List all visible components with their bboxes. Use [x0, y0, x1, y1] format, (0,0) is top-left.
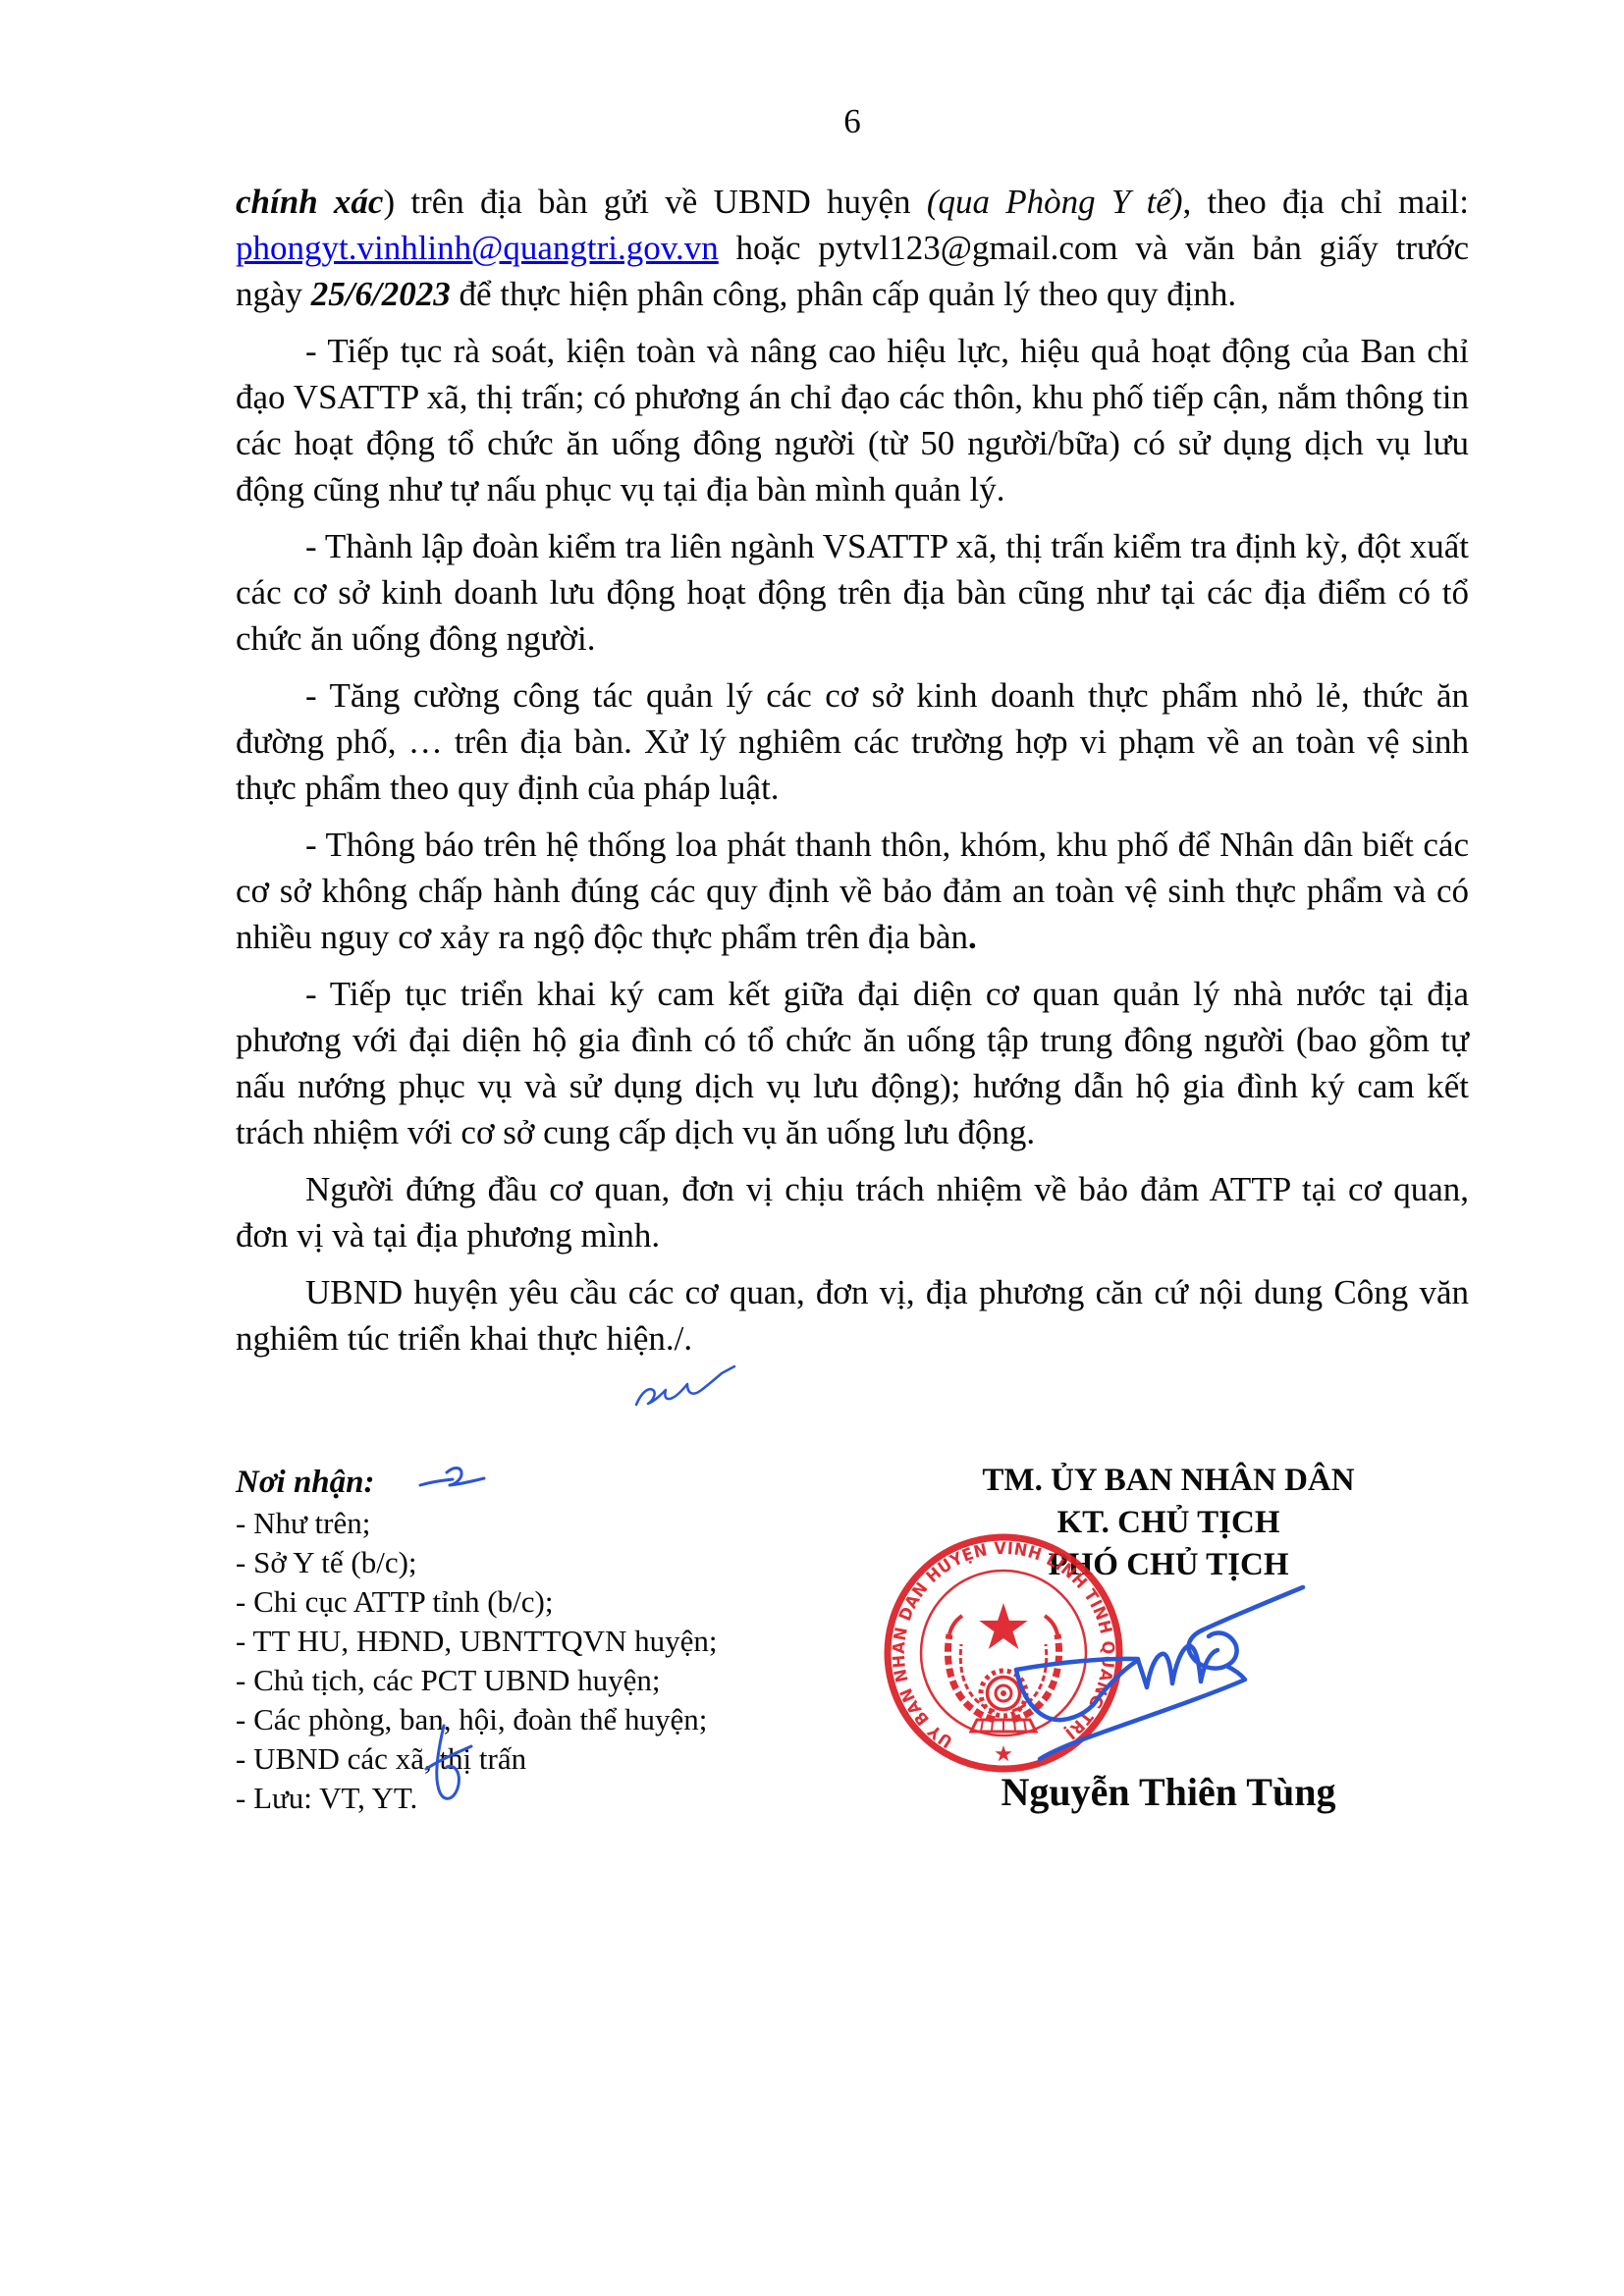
document-page: 6 chính xác) trên địa bàn gửi về UBND hu… — [0, 0, 1624, 2296]
signer-name: Nguyễn Thiên Tùng — [864, 1769, 1473, 1816]
text-run: 25/6/2023 — [311, 275, 451, 313]
email-link[interactable]: phongyt.vinhlinh@quangtri.gov.vn — [236, 229, 719, 267]
recipient-item: - Chủ tịch, các PCT UBND huyện; — [236, 1661, 785, 1700]
text-run: - Thành lập đoàn kiểm tra liên ngành VSA… — [236, 527, 1469, 658]
recipient-item: - Các phòng, ban, hội, đoàn thể huyện; — [236, 1700, 785, 1739]
paragraph: Người đứng đầu cơ quan, đơn vị chịu trác… — [236, 1166, 1469, 1258]
recipient-item: - Lưu: VT, YT. — [236, 1779, 785, 1818]
paragraph: - Thành lập đoàn kiểm tra liên ngành VSA… — [236, 523, 1469, 662]
text-run: UBND huyện yêu cầu các cơ quan, đơn vị, … — [236, 1273, 1469, 1358]
page-number: 6 — [236, 98, 1469, 144]
recipient-item: - Như trên; — [236, 1504, 785, 1543]
seal-outer-ring — [888, 1537, 1119, 1769]
authority-line: TM. ỦY BAN NHÂN DÂN — [864, 1460, 1473, 1502]
recipients-block: Nơi nhận: - Như trên;- Sở Y tế (b/c);- C… — [236, 1461, 785, 1818]
recipient-item: - Chi cục ATTP tỉnh (b/c); — [236, 1582, 785, 1622]
text-run: - Tăng cường công tác quản lý các cơ sở … — [236, 676, 1469, 807]
text-run: ) trên địa bàn gửi về UBND huyện — [383, 183, 926, 221]
text-run: để thực hiện phân công, phân cấp quản lý… — [451, 275, 1236, 313]
recipients-list: - Như trên;- Sở Y tế (b/c);- Chi cục ATT… — [236, 1504, 785, 1818]
recipient-item: - Sở Y tế (b/c); — [236, 1543, 785, 1582]
text-run: - Thông báo trên hệ thống loa phát thanh… — [236, 826, 1469, 956]
paragraph: - Tiếp tục rà soát, kiện toàn và nâng ca… — [236, 328, 1469, 512]
text-run: - Tiếp tục rà soát, kiện toàn và nâng ca… — [236, 332, 1469, 508]
text-run: . — [968, 918, 977, 956]
paragraph: chính xác) trên địa bàn gửi về UBND huyệ… — [236, 179, 1469, 317]
text-run: (qua Phòng Y tế) — [927, 183, 1183, 221]
body-paragraphs: chính xác) trên địa bàn gửi về UBND huyệ… — [236, 179, 1469, 1372]
seal-bottom-star-icon — [995, 1745, 1011, 1761]
text-run: Người đứng đầu cơ quan, đơn vị chịu trác… — [236, 1170, 1469, 1255]
text-run: , theo địa chỉ mail: — [1183, 183, 1469, 221]
paragraph: - Thông báo trên hệ thống loa phát thanh… — [236, 822, 1469, 960]
recipient-item: - UBND các xã, thị trấn — [236, 1739, 785, 1779]
recipients-heading: Nơi nhận: — [236, 1461, 785, 1504]
paragraph: - Tăng cường công tác quản lý các cơ sở … — [236, 672, 1469, 811]
text-run: chính xác — [236, 183, 383, 221]
official-seal: ỦY BAN NHÂN DÂN HUYỆN VĨNH LINH TỈNH QUẢ… — [881, 1530, 1126, 1776]
paragraph: UBND huyện yêu cầu các cơ quan, đơn vị, … — [236, 1269, 1469, 1362]
paragraph: - Tiếp tục triển khai ký cam kết giữa đạ… — [236, 971, 1469, 1155]
national-emblem-icon — [947, 1603, 1058, 1732]
text-run: - Tiếp tục triển khai ký cam kết giữa đạ… — [236, 975, 1469, 1151]
recipient-item: - TT HU, HĐND, UBNTTQVN huyện; — [236, 1622, 785, 1661]
